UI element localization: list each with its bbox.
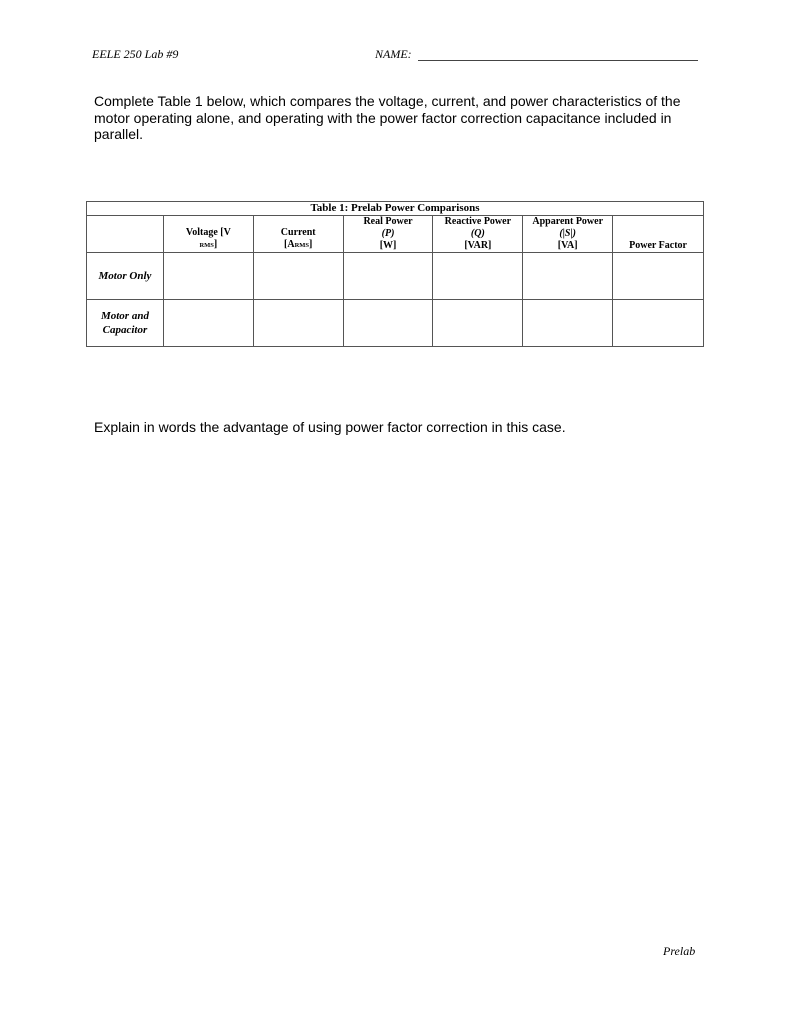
header-real-power: Real Power (P) [W] <box>343 216 433 253</box>
cell-motor-cap-voltage[interactable] <box>163 300 253 347</box>
cell-motor-only-current[interactable] <box>253 253 343 300</box>
section-footer: Prelab <box>663 944 695 959</box>
cell-motor-only-real-power[interactable] <box>343 253 433 300</box>
row-label-motor-and-capacitor: Motor and Capacitor <box>87 300 164 347</box>
cell-motor-only-power-factor[interactable] <box>613 253 704 300</box>
cell-motor-cap-power-factor[interactable] <box>613 300 704 347</box>
header-power-factor: Power Factor <box>613 216 704 253</box>
cell-motor-cap-current[interactable] <box>253 300 343 347</box>
name-label: NAME: <box>375 47 412 62</box>
cell-motor-cap-real-power[interactable] <box>343 300 433 347</box>
prelab-power-table: Table 1: Prelab Power Comparisons Voltag… <box>86 201 704 347</box>
header-voltage: Voltage [VRMS] <box>163 216 253 253</box>
explain-instructions: Explain in words the advantage of using … <box>94 419 714 436</box>
header-current: Current [ARMS] <box>253 216 343 253</box>
name-field[interactable] <box>418 60 698 61</box>
cell-motor-cap-reactive-power[interactable] <box>433 300 523 347</box>
table-title: Table 1: Prelab Power Comparisons <box>87 202 704 216</box>
header-apparent-power: Apparent Power (|S|) [VA] <box>523 216 613 253</box>
course-header: EELE 250 Lab #9 <box>92 47 178 62</box>
table-row: Motor and Capacitor <box>87 300 704 347</box>
cell-motor-only-apparent-power[interactable] <box>523 253 613 300</box>
cell-motor-only-reactive-power[interactable] <box>433 253 523 300</box>
table-row: Motor Only <box>87 253 704 300</box>
cell-motor-cap-apparent-power[interactable] <box>523 300 613 347</box>
header-blank <box>87 216 164 253</box>
cell-motor-only-voltage[interactable] <box>163 253 253 300</box>
table-instructions: Complete Table 1 below, which compares t… <box>94 93 714 143</box>
row-label-motor-only: Motor Only <box>87 253 164 300</box>
header-reactive-power: Reactive Power (Q) [VAR] <box>433 216 523 253</box>
